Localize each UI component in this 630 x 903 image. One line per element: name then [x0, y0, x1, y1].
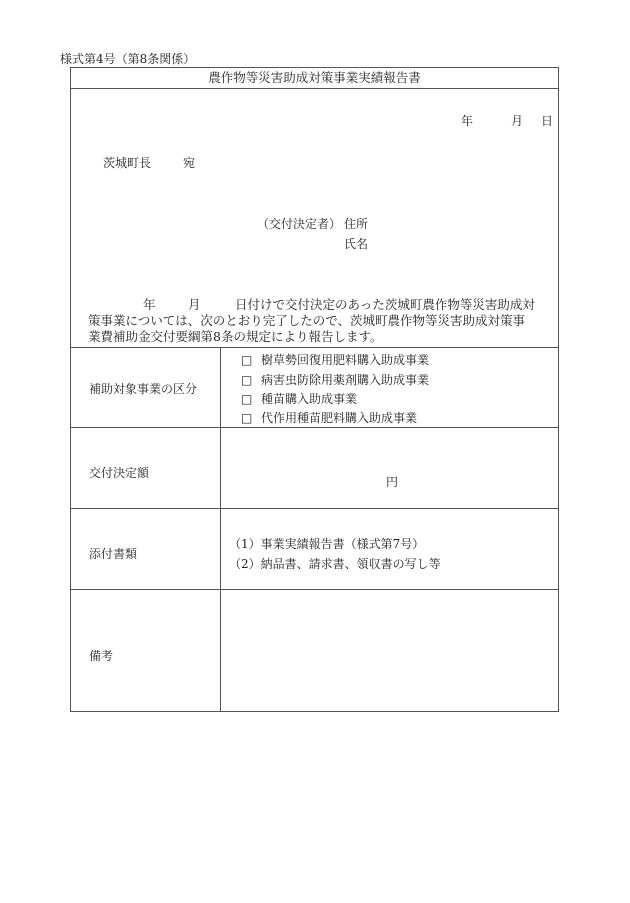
checkbox-icon[interactable]: □	[241, 392, 261, 406]
header-section: 年 月 日 茨城町長 宛 （交付決定者） 住所 氏名 年 月 日付けで交付決定の…	[71, 89, 558, 348]
checkbox-icon[interactable]: □	[241, 353, 261, 367]
option-1[interactable]: □樹草勢回復用肥料購入助成事業	[241, 351, 429, 368]
address-label[interactable]: 住所	[344, 215, 368, 232]
remarks-field[interactable]	[221, 590, 558, 711]
option-4[interactable]: □代作用種苗肥料購入助成事業	[241, 409, 417, 426]
date-year[interactable]: 年	[461, 112, 473, 129]
attachments-row: 添付書類 （1）事業実績報告書（様式第7号） （2）納品書、請求書、領収書の写し…	[71, 509, 558, 590]
yen-unit: 円	[386, 473, 398, 490]
addressee-name: 茨城町長	[103, 154, 151, 171]
date-month[interactable]: 月	[511, 112, 523, 129]
remarks-label: 備考	[89, 647, 113, 664]
attachments-label: 添付書類	[89, 545, 137, 562]
name-label[interactable]: 氏名	[344, 235, 368, 252]
date-day[interactable]: 日	[541, 112, 553, 129]
amount-row: 交付決定額 円	[71, 428, 558, 509]
option-2[interactable]: □病害虫防除用薬剤購入助成事業	[241, 371, 429, 388]
attachment-item: （1）事業実績報告書（様式第7号）	[229, 535, 424, 552]
amount-field[interactable]: 円	[221, 428, 558, 508]
category-label: 補助対象事業の区分	[89, 380, 197, 397]
option-3[interactable]: □種苗購入助成事業	[241, 390, 357, 407]
category-row: 補助対象事業の区分 □樹草勢回復用肥料購入助成事業 □病害虫防除用薬剤購入助成事…	[71, 348, 558, 428]
form-title: 農作物等災害助成対策事業実績報告書	[71, 68, 558, 89]
body-line3: 業費補助金交付要綱第8条の規定により報告します。	[88, 327, 382, 345]
amount-label: 交付決定額	[89, 464, 149, 481]
report-form-table: 農作物等災害助成対策事業実績報告書 年 月 日 茨城町長 宛 （交付決定者） 住…	[70, 67, 559, 712]
addressee-honorific: 宛	[183, 154, 195, 171]
checkbox-icon[interactable]: □	[241, 373, 261, 387]
checkbox-icon[interactable]: □	[241, 411, 261, 425]
attachment-item: （2）納品書、請求書、領収書の写し等	[229, 555, 441, 572]
applicant-role: （交付決定者）	[257, 215, 341, 232]
remarks-row: 備考	[71, 590, 558, 711]
form-number: 様式第4号（第8条関係）	[60, 50, 195, 67]
